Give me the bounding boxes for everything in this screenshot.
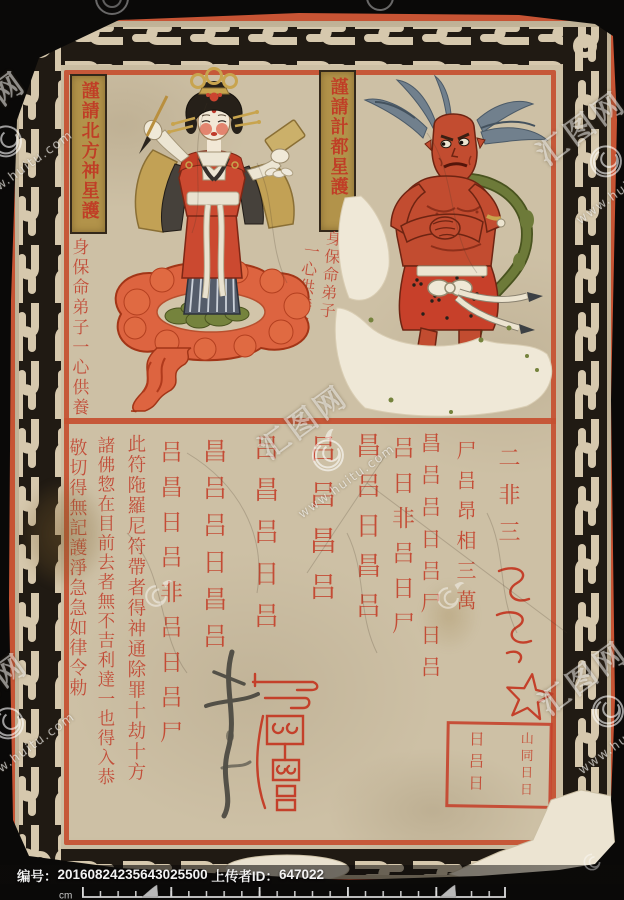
huitu-bird-icon bbox=[430, 580, 466, 616]
image-id-label: 编号： bbox=[17, 865, 58, 885]
huitu-bird-icon bbox=[578, 848, 606, 876]
manuscript-paper: 謹請北方神星護 身保命弟子一心供養 謹請計都星護 身保命弟子 一心供養也 bbox=[7, 13, 619, 883]
image-id-bar: 编号：20160824235643025500 上传者ID：647022 bbox=[0, 865, 624, 884]
huitu-logo-icon bbox=[90, 0, 134, 22]
torn-corner-damage bbox=[7, 13, 619, 883]
huitu-bird-icon bbox=[138, 578, 174, 614]
stock-photo-canvas: 謹請北方神星護 身保命弟子一心供養 謹請計都星護 身保命弟子 一心供養也 bbox=[0, 0, 624, 900]
huitu-logo-icon bbox=[360, 0, 400, 18]
uploader-id-value: 647022 bbox=[279, 867, 324, 882]
cm-ruler: cm bbox=[58, 884, 528, 900]
ruler-unit-label: cm bbox=[59, 891, 72, 900]
image-id-value: 20160824235643025500 bbox=[58, 867, 208, 882]
uploader-id-label: 上传者ID： bbox=[208, 865, 279, 885]
